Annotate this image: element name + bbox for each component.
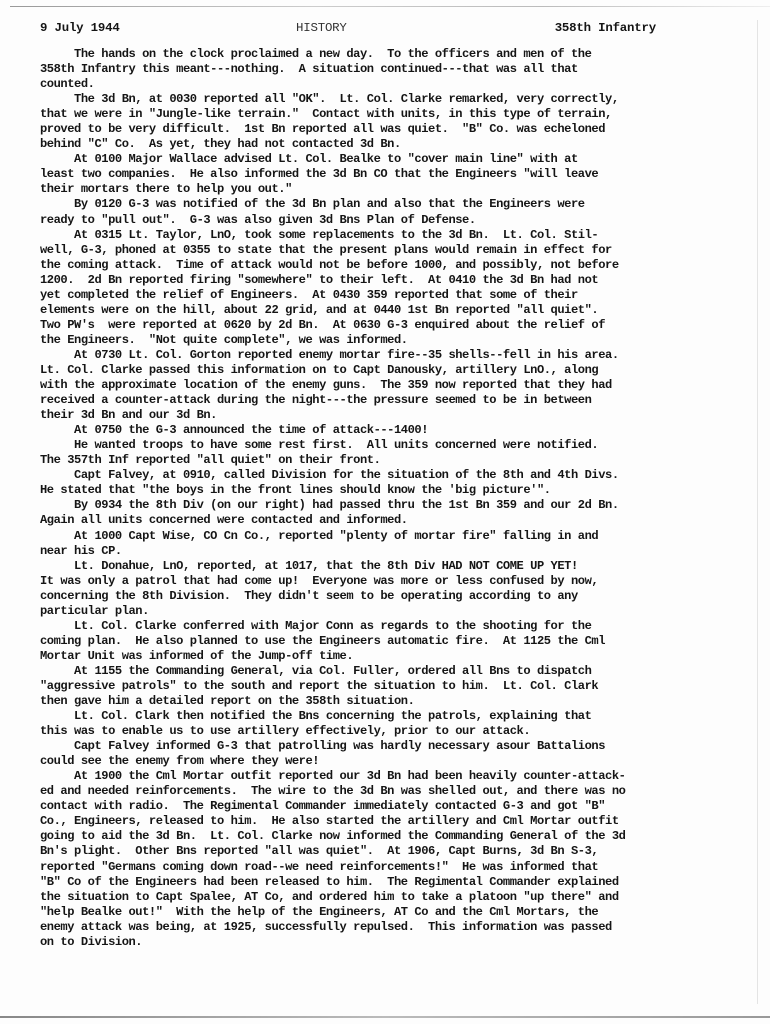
text-line: Lt. Col. Clarke conferred with Major Con… — [40, 619, 680, 634]
page-top-edge — [10, 6, 770, 7]
text-line: well, G-3, phoned at 0355 to state that … — [40, 243, 680, 258]
text-line: could see the enemy from where they were… — [40, 754, 680, 769]
text-line: Capt Falvey informed G-3 that patrolling… — [40, 739, 680, 754]
text-line: near his CP. — [40, 544, 680, 559]
text-line: their mortars there to help you out." — [40, 182, 680, 197]
text-line: 1200. 2d Bn reported firing "somewhere" … — [40, 273, 680, 288]
text-line: the coming attack. Time of attack would … — [40, 258, 680, 273]
header-title: HISTORY — [296, 21, 347, 35]
header-unit: 358th Infantry — [555, 21, 656, 35]
text-line: Mortar Unit was informed of the Jump-off… — [40, 649, 680, 664]
text-line: on to Division. — [40, 935, 680, 950]
header-date: 9 July 1944 — [40, 21, 120, 35]
text-line: He wanted troops to have some rest first… — [40, 438, 680, 453]
text-line: Lt. Col. Clark then notified the Bns con… — [40, 709, 680, 724]
text-line: By 0120 G-3 was notified of the 3d Bn pl… — [40, 197, 680, 212]
text-line: with the approximate location of the ene… — [40, 378, 680, 393]
text-line: It was only a patrol that had come up! E… — [40, 574, 680, 589]
text-line: concerning the 8th Division. They didn't… — [40, 589, 680, 604]
text-line: coming plan. He also planned to use the … — [40, 634, 680, 649]
text-line: Lt. Col. Clarke passed this information … — [40, 363, 680, 378]
text-line: ready to "pull out". G-3 was also given … — [40, 213, 680, 228]
text-line: reported "Germans coming down road--we n… — [40, 860, 680, 875]
text-line: ed and needed reinforcements. The wire t… — [40, 784, 680, 799]
text-line: elements were on the hill, about 22 grid… — [40, 303, 680, 318]
page-bottom-edge — [0, 1016, 770, 1018]
text-line: least two companies. He also informed th… — [40, 167, 680, 182]
text-line: At 1900 the Cml Mortar outfit reported o… — [40, 769, 680, 784]
text-line: yet completed the relief of Engineers. A… — [40, 288, 680, 303]
text-line: Capt Falvey, at 0910, called Division fo… — [40, 468, 680, 483]
typewritten-body: The hands on the clock proclaimed a new … — [40, 47, 680, 950]
text-line: He stated that "the boys in the front li… — [40, 483, 680, 498]
text-line: "help Bealke out!" With the help of the … — [40, 905, 680, 920]
text-line: At 1000 Capt Wise, CO Cn Co., reported "… — [40, 529, 680, 544]
text-line: enemy attack was being, at 1925, success… — [40, 920, 680, 935]
text-line: "B" Co of the Engineers had been release… — [40, 875, 680, 890]
page-header: 9 July 1944 HISTORY 358th Infantry — [40, 21, 656, 39]
text-line: 358th Infantry this meant---nothing. A s… — [40, 62, 680, 77]
text-line: The hands on the clock proclaimed a new … — [40, 47, 680, 62]
text-line: their 3d Bn and our 3d Bn. — [40, 408, 680, 423]
text-line: received a counter-attack during the nig… — [40, 393, 680, 408]
page-right-edge — [757, 20, 758, 1004]
text-line: counted. — [40, 77, 680, 92]
text-line: "aggressive patrols" to the south and re… — [40, 679, 680, 694]
text-line: this was to enable us to use artillery e… — [40, 724, 680, 739]
text-line: going to aid the 3d Bn. Lt. Col. Clarke … — [40, 829, 680, 844]
text-line: proved to be very difficult. 1st Bn repo… — [40, 122, 680, 137]
text-line: At 0315 Lt. Taylor, LnO, took some repla… — [40, 228, 680, 243]
text-line: Lt. Donahue, LnO, reported, at 1017, tha… — [40, 559, 680, 574]
text-line: that we were in "Jungle-like terrain." C… — [40, 107, 680, 122]
text-line: contact with radio. The Regimental Comma… — [40, 799, 680, 814]
text-line: At 0750 the G-3 announced the time of at… — [40, 423, 680, 438]
text-line: The 357th Inf reported "all quiet" on th… — [40, 453, 680, 468]
text-line: At 1155 the Commanding General, via Col.… — [40, 664, 680, 679]
text-line: At 0730 Lt. Col. Gorton reported enemy m… — [40, 348, 680, 363]
text-line: By 0934 the 8th Div (on our right) had p… — [40, 498, 680, 513]
text-line: At 0100 Major Wallace advised Lt. Col. B… — [40, 152, 680, 167]
text-line: Again all units concerned were contacted… — [40, 513, 680, 528]
text-line: Co., Engineers, released to him. He also… — [40, 814, 680, 829]
text-line: behind "C" Co. As yet, they had not cont… — [40, 137, 680, 152]
text-line: Two PW's were reported at 0620 by 2d Bn.… — [40, 318, 680, 333]
text-line: Bn's plight. Other Bns reported "all was… — [40, 844, 680, 859]
text-line: the Engineers. "Not quite complete", we … — [40, 333, 680, 348]
document-page: 9 July 1944 HISTORY 358th Infantry The h… — [0, 0, 770, 1024]
text-line: the situation to Capt Spalee, AT Co, and… — [40, 890, 680, 905]
text-line: particular plan. — [40, 604, 680, 619]
text-line: then gave him a detailed report on the 3… — [40, 694, 680, 709]
text-line: The 3d Bn, at 0030 reported all "OK". Lt… — [40, 92, 680, 107]
